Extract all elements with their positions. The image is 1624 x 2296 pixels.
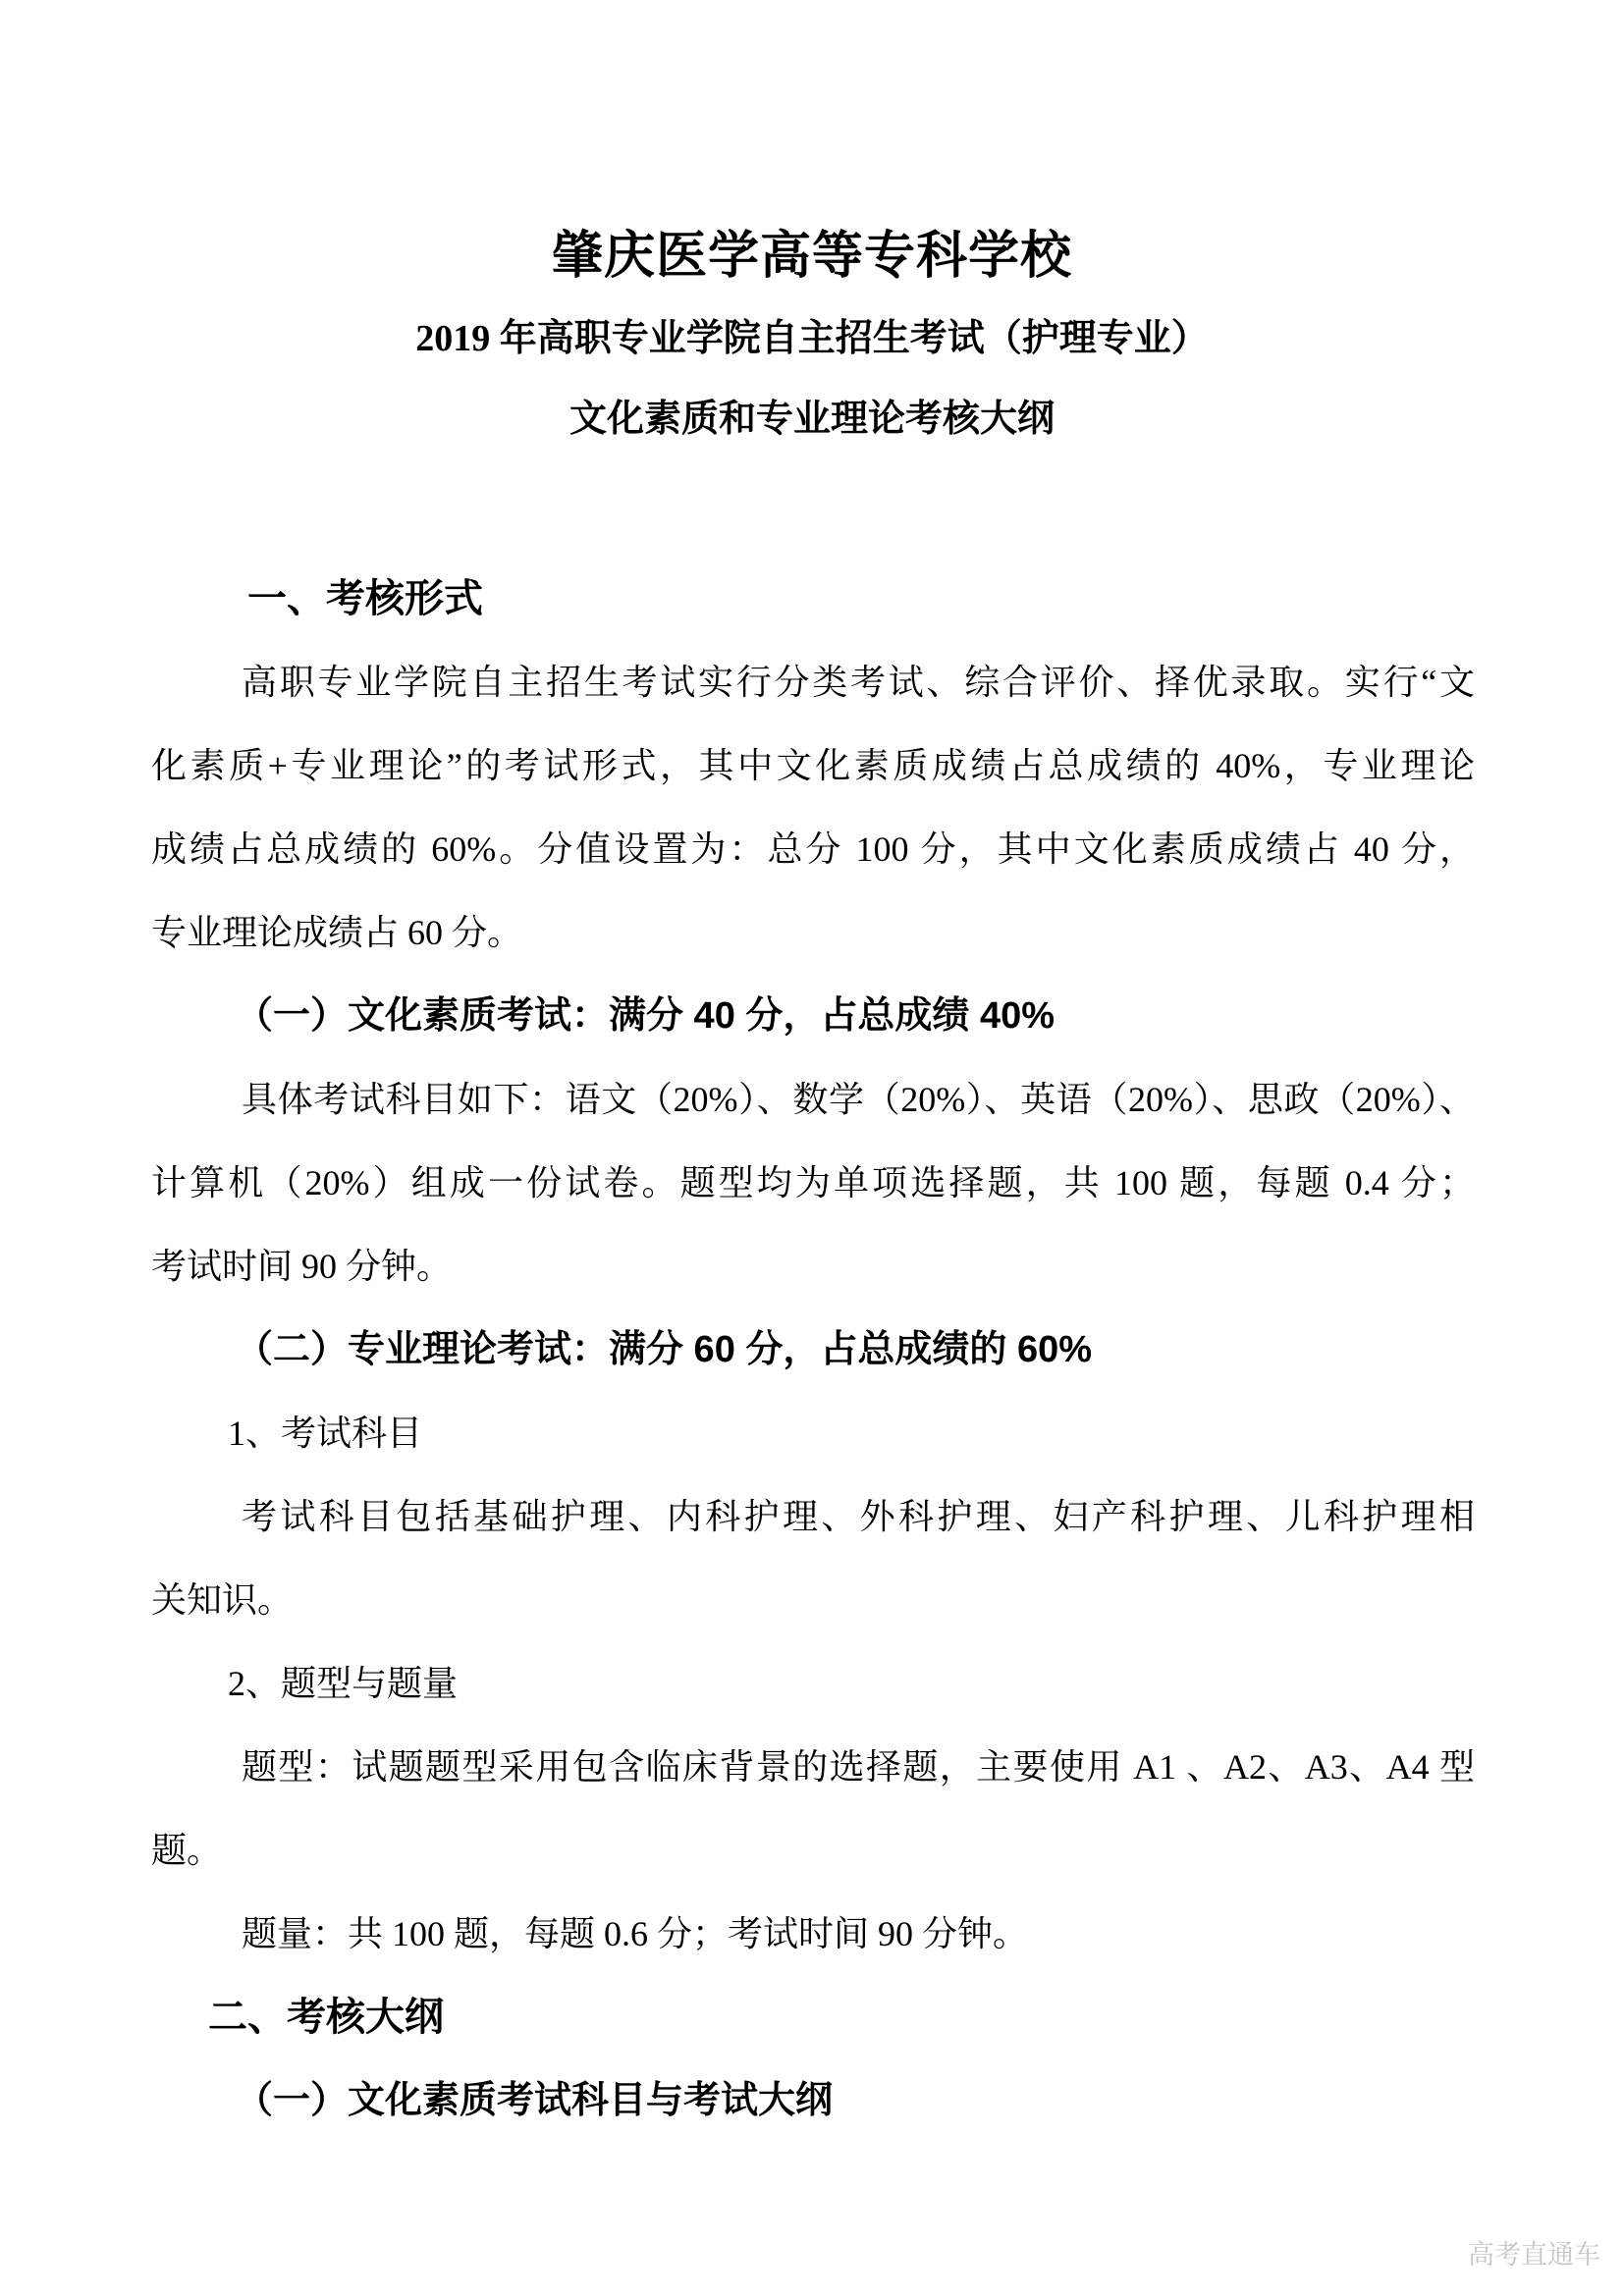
school-title: 肇庆医学高等专科学校 [0,228,1624,287]
watermark-text: 高考直通车 [1468,2242,1600,2269]
para-exam-format-line2: 化素质+专业理论”的考试形式，其中文化素质成绩占总成绩的 40%，专业理论 [151,724,1475,808]
heading-culture-outline: （一）文化素质考试科目与考试大纲 [151,2059,1475,2143]
heading-assessment-outline: 二、考核大纲 [151,1976,1475,2059]
outline-title: 文化素质和专业理论考核大纲 [0,399,1624,442]
heading-culture-quality-exam: （一）文化素质考试：满分 40 分，占总成绩 40% [151,975,1475,1058]
para-culture-subjects-line1: 具体考试科目如下：语文（20%）、数学（20%）、英语（20%）、思政（20%）… [151,1058,1475,1142]
para-exam-format-line4: 专业理论成绩占 60 分。 [151,891,1475,975]
document-page: 肇庆医学高等专科学校 2019 年高职专业学院自主招生考试（护理专业） 文化素质… [0,0,1624,2296]
subitem-exam-subjects: 1、考试科目 [151,1392,1475,1475]
heading-exam-format: 一、考核形式 [151,558,1475,641]
para-culture-subjects-line2: 计算机（20%）组成一份试卷。题型均为单项选择题，共 100 题，每题 0.4 … [151,1142,1475,1225]
para-subjects-scope-line1: 考试科目包括基础护理、内科护理、外科护理、妇产科护理、儿科护理相 [151,1475,1475,1559]
para-culture-subjects-line3: 考试时间 90 分钟。 [151,1225,1475,1308]
para-exam-format-line3: 成绩占总成绩的 60%。分值设置为：总分 100 分，其中文化素质成绩占 40 … [151,808,1475,891]
document-body: 一、考核形式 高职专业学院自主招生考试实行分类考试、综合评价、择优录取。实行“文… [151,558,1475,2143]
para-question-type-line1: 题型：试题题型采用包含临床背景的选择题，主要使用 A1 、A2、A3、A4 型 [151,1726,1475,1809]
para-subjects-scope-line2: 关知识。 [151,1559,1475,1642]
para-exam-format-line1: 高职专业学院自主招生考试实行分类考试、综合评价、择优录取。实行“文 [151,641,1475,724]
subitem-question-type-quantity: 2、题型与题量 [151,1642,1475,1726]
exam-title: 2019 年高职专业学院自主招生考试（护理专业） [0,318,1624,361]
para-question-quantity: 题量：共 100 题，每题 0.6 分；考试时间 90 分钟。 [151,1893,1475,1976]
heading-professional-theory-exam: （二）专业理论考试：满分 60 分，占总成绩的 60% [151,1308,1475,1392]
para-question-type-line2: 题。 [151,1809,1475,1893]
